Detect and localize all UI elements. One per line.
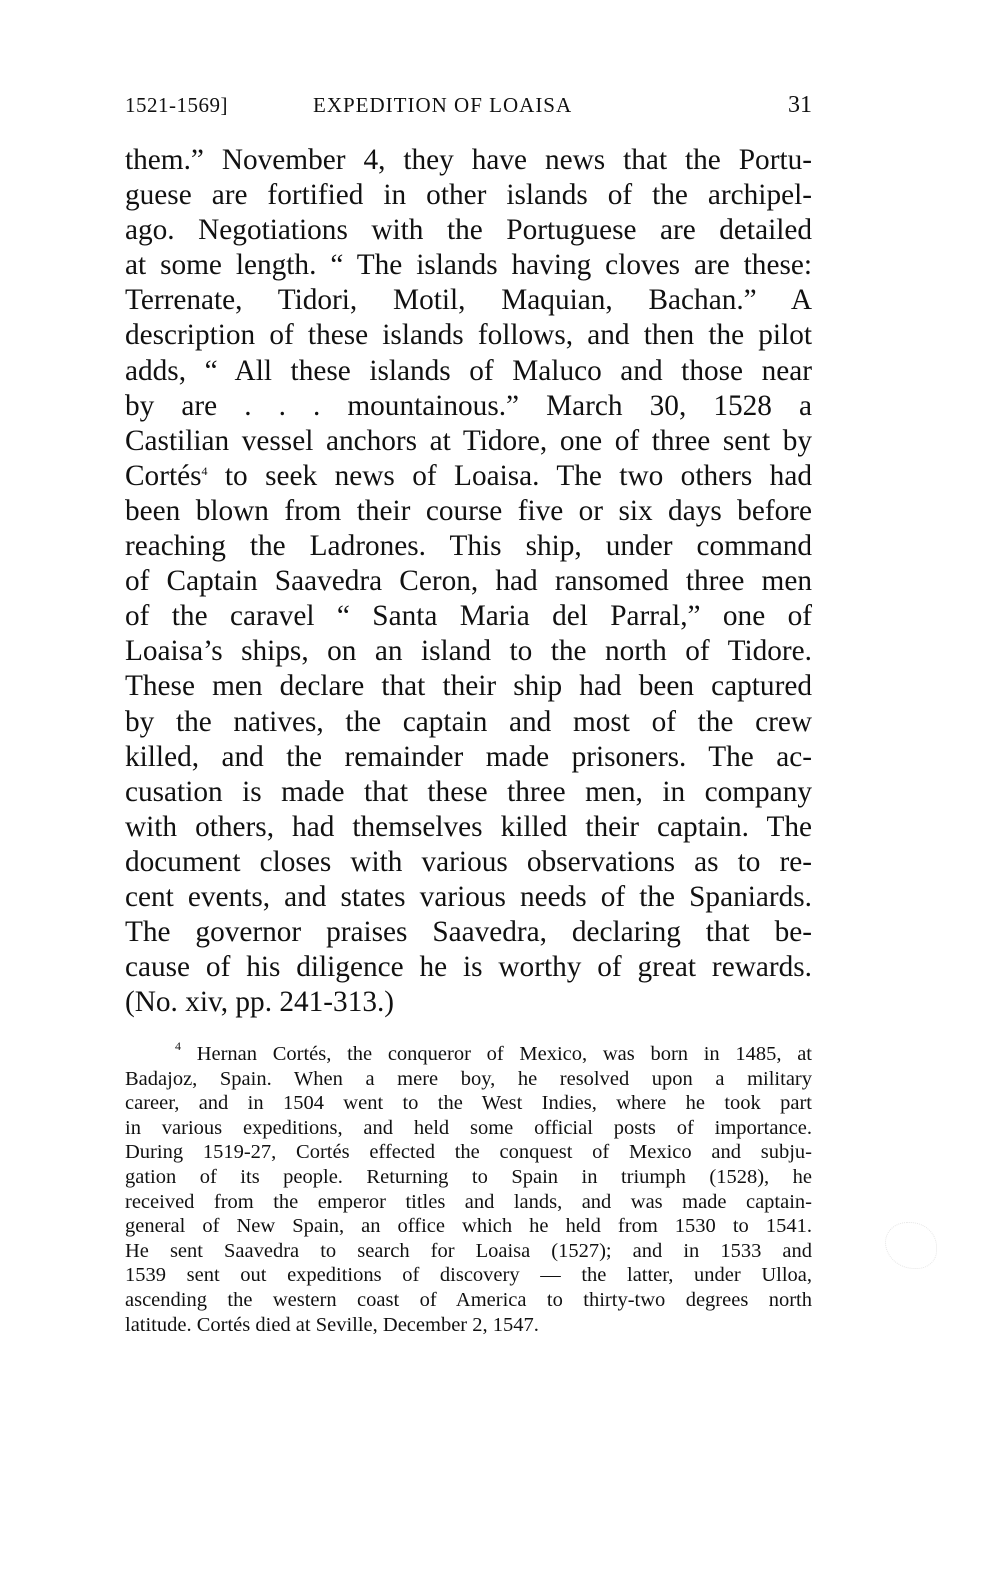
footnote-line: ascending the western coast of America t…	[125, 1288, 812, 1313]
text-line: with others, had themselves killed their…	[125, 810, 812, 845]
text-line: by are . . . mountainous.” March 30, 152…	[125, 389, 812, 424]
main-text: them.” November 4, they have news that t…	[125, 143, 812, 1020]
text-line: of Captain Saavedra Ceron, had ransomed …	[125, 564, 812, 599]
text-fragment: Cortés	[125, 460, 202, 492]
text-line: been blown from their course five or six…	[125, 494, 812, 529]
text-line: Castilian vessel anchors at Tidore, one …	[125, 424, 812, 459]
text-line: description of these islands follows, an…	[125, 318, 812, 353]
running-head-title: EXPEDITION OF LOAISA	[313, 90, 572, 120]
text-line: by the natives, the captain and most of …	[125, 705, 812, 740]
text-line: These men declare that their ship had be…	[125, 669, 812, 704]
footnote-line: gation of its people. Returning to Spain…	[125, 1165, 812, 1190]
footnote-marker: 4	[175, 1039, 181, 1053]
footnote-line: 4 Hernan Cortés, the conqueror of Mexico…	[125, 1042, 812, 1067]
footnote-4: 4 Hernan Cortés, the conqueror of Mexico…	[125, 1042, 812, 1337]
text-line: cusation is made that these three men, i…	[125, 775, 812, 810]
text-line: guese are fortified in other islands of …	[125, 178, 812, 213]
text-line: cause of his diligence he is worthy of g…	[125, 950, 812, 985]
footnote-line: career, and in 1504 went to the West Ind…	[125, 1091, 812, 1116]
footnote-line: received from the emperor titles and lan…	[125, 1190, 812, 1215]
text-line: at some length. “ The islands having clo…	[125, 248, 812, 283]
text-line-with-footnote-ref: Cortés4 to seek news of Loaisa. The two …	[125, 459, 812, 494]
text-fragment: Hernan Cortés, the conqueror of Mexico, …	[197, 1043, 812, 1065]
running-head: 1521-1569] EXPEDITION OF LOAISA 31	[125, 90, 812, 120]
text-line: of the caravel “ Santa Maria del Parral,…	[125, 599, 812, 634]
footnote-line: During 1519-27, Cortés effected the conq…	[125, 1140, 812, 1165]
text-line: them.” November 4, they have news that t…	[125, 143, 812, 178]
text-line: reaching the Ladrones. This ship, under …	[125, 529, 812, 564]
text-line: Terrenate, Tidori, Motil, Maquian, Bacha…	[125, 283, 812, 318]
text-line: document closes with various observation…	[125, 845, 812, 880]
footnote-reference[interactable]: 4	[202, 464, 208, 478]
text-line: The governor praises Saavedra, declaring…	[125, 915, 812, 950]
scan-artifact	[885, 1222, 937, 1269]
footnote-line: 1539 sent out expeditions of discovery —…	[125, 1263, 812, 1288]
running-head-years: 1521-1569]	[125, 90, 228, 120]
footnote-line: He sent Saavedra to search for Loaisa (1…	[125, 1239, 812, 1264]
text-line: killed, and the remainder made prisoners…	[125, 740, 812, 775]
text-line: Loaisa’s ships, on an island to the nort…	[125, 634, 812, 669]
text-line: adds, “ All these islands of Maluco and …	[125, 354, 812, 389]
footnote-line: Badajoz, Spain. When a mere boy, he reso…	[125, 1067, 812, 1092]
page-number: 31	[788, 90, 812, 120]
text-fragment: to seek news of Loaisa. The two others h…	[225, 460, 812, 492]
citation-line: (No. xiv, pp. 241-313.)	[125, 985, 812, 1020]
footnote-line: in various expeditions, and held some of…	[125, 1116, 812, 1141]
footnote-line: general of New Spain, an office which he…	[125, 1214, 812, 1239]
text-line: ago. Negotiations with the Portuguese ar…	[125, 213, 812, 248]
text-line: cent events, and states various needs of…	[125, 880, 812, 915]
footnote-line: latitude. Cortés died at Seville, Decemb…	[125, 1313, 812, 1338]
